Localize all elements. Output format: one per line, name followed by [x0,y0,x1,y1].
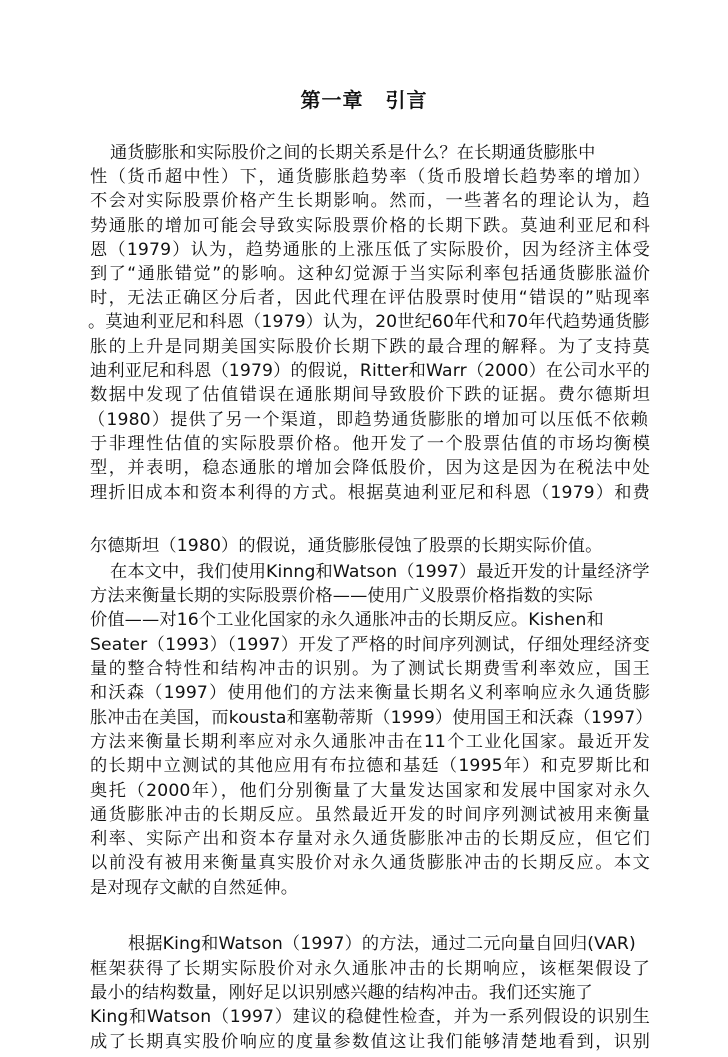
text-line: 是对现存文献的自然延伸。 [90,876,650,900]
text-line: 数据中发现了估值错误在通胀期间导致股价下跌的证据。费尔德斯坦 [90,383,650,407]
text-line: 性（货币超中性）下，通货膨胀趋势率（货币股增长趋势率的增加） [90,165,650,189]
text-line: 方法来衡量长期的实际股票价格——使用广义股票价格指数的实际 [90,584,650,608]
text-line: 在本文中，我们使用Kinng和Watson（1997）最近开发的计量经济学 [90,560,650,584]
text-line: 根据King和Watson（1997）的方法，通过二元向量自回归(VAR) [90,932,650,956]
text-line: 型，并表明，稳态通胀的增加会降低股价，因为这是因为在税法中处 [90,456,650,480]
text-line: 通货膨胀和实际股价之间的长期关系是什么？在长期通货膨胀中 [90,141,650,165]
text-line: 于非理性估值的实际股票价格。他开发了一个股票估值的市场均衡模 [90,432,650,456]
text-line: 通货膨胀冲击的长期反应。虽然最近开发的时间序列测试被用来衡量 [90,803,650,827]
text-line: 价值——对16个工业化国家的永久通胀冲击的长期反应。Kishen和 [90,608,650,632]
text-line: 尔德斯坦（1980）的假说，通货膨胀侵蚀了股票的长期实际价值。 [90,534,650,558]
text-line: 到了“通胀错觉”的影响。这种幻觉源于当实际利率包括通货膨胀溢价 [90,262,650,286]
text-line: 迪利亚尼和科恩（1979）的假说，Ritter和Warr（2000）在公司水平的 [90,359,650,383]
text-line: 时，无法正确区分后者，因此代理在评估股票时使用“错误的”贴现率 [90,286,650,310]
text-line: （1980）提供了另一个渠道，即趋势通货膨胀的增加可以压低不依赖 [88,408,648,432]
text-line: King和Watson（1997）建议的稳健性检查，并为一系列假设的识别生 [90,1005,650,1029]
text-line: 奥托（2000年），他们分别衡量了大量发达国家和发展中国家对永久 [90,779,650,803]
text-line: 胀的上升是同期美国实际股价长期下跌的最合理的解释。为了支持莫 [90,335,650,359]
chapter-title: 第一章引言 [0,84,728,116]
text-line: 以前没有被用来衡量真实股价对永久通货膨胀冲击的长期反应。本文 [90,851,650,875]
chapter-name: 引言 [386,88,428,112]
text-line: 量的整合特性和结构冲击的识别。为了测试长期费雪利率效应，国王 [90,657,650,681]
text-line: Seater（1993）（1997）开发了严格的时间序列测试，仔细处理经济变 [90,633,650,657]
text-line: 胀冲击在美国，而kousta和塞勒蒂斯（1999）使用国王和沃森（1997） [90,706,650,730]
text-line: 不会对实际股票价格产生长期影响。然而，一些著名的理论认为，趋 [90,189,650,213]
text-line: 框架获得了长期实际股价对永久通胀冲击的长期响应，该框架假设了 [90,957,650,981]
text-line: 最小的结构数量，刚好足以识别感兴趣的结构冲击。我们还实施了 [90,981,650,1005]
text-line: 。莫迪利亚尼和科恩（1979）认为，20世纪60年代和70年代趋势通货膨 [88,310,648,334]
text-line: 的长期中立测试的其他应用有布拉德和基廷（1995年）和克罗斯比和 [90,754,650,778]
document-page: 第一章引言 通货膨胀和实际股价之间的长期关系是什么？在长期通货膨胀中 性（货币超… [0,0,728,1057]
text-line: 成了长期真实股价响应的度量参数值这让我们能够清楚地看到，识别 [90,1030,650,1054]
text-line: 恩（1979）认为，趋势通胀的上涨压低了实际股价，因为经济主体受 [90,238,650,262]
text-line: 利率、实际产出和资本存量对永久通货膨胀冲击的长期反应，但它们 [90,827,650,851]
text-line: 方法来衡量长期利率应对永久通胀冲击在11个工业化国家。最近开发 [90,730,650,754]
text-line: 势通胀的增加可能会导致实际股票价格的长期下跌。莫迪利亚尼和科 [90,214,650,238]
chapter-number: 第一章 [301,88,364,112]
text-line: 理折旧成本和资本利得的方式。根据莫迪利亚尼和科恩（1979）和费 [90,481,650,505]
text-line: 和沃森（1997）使用他们的方法来衡量长期名义利率响应永久通货膨 [90,681,650,705]
